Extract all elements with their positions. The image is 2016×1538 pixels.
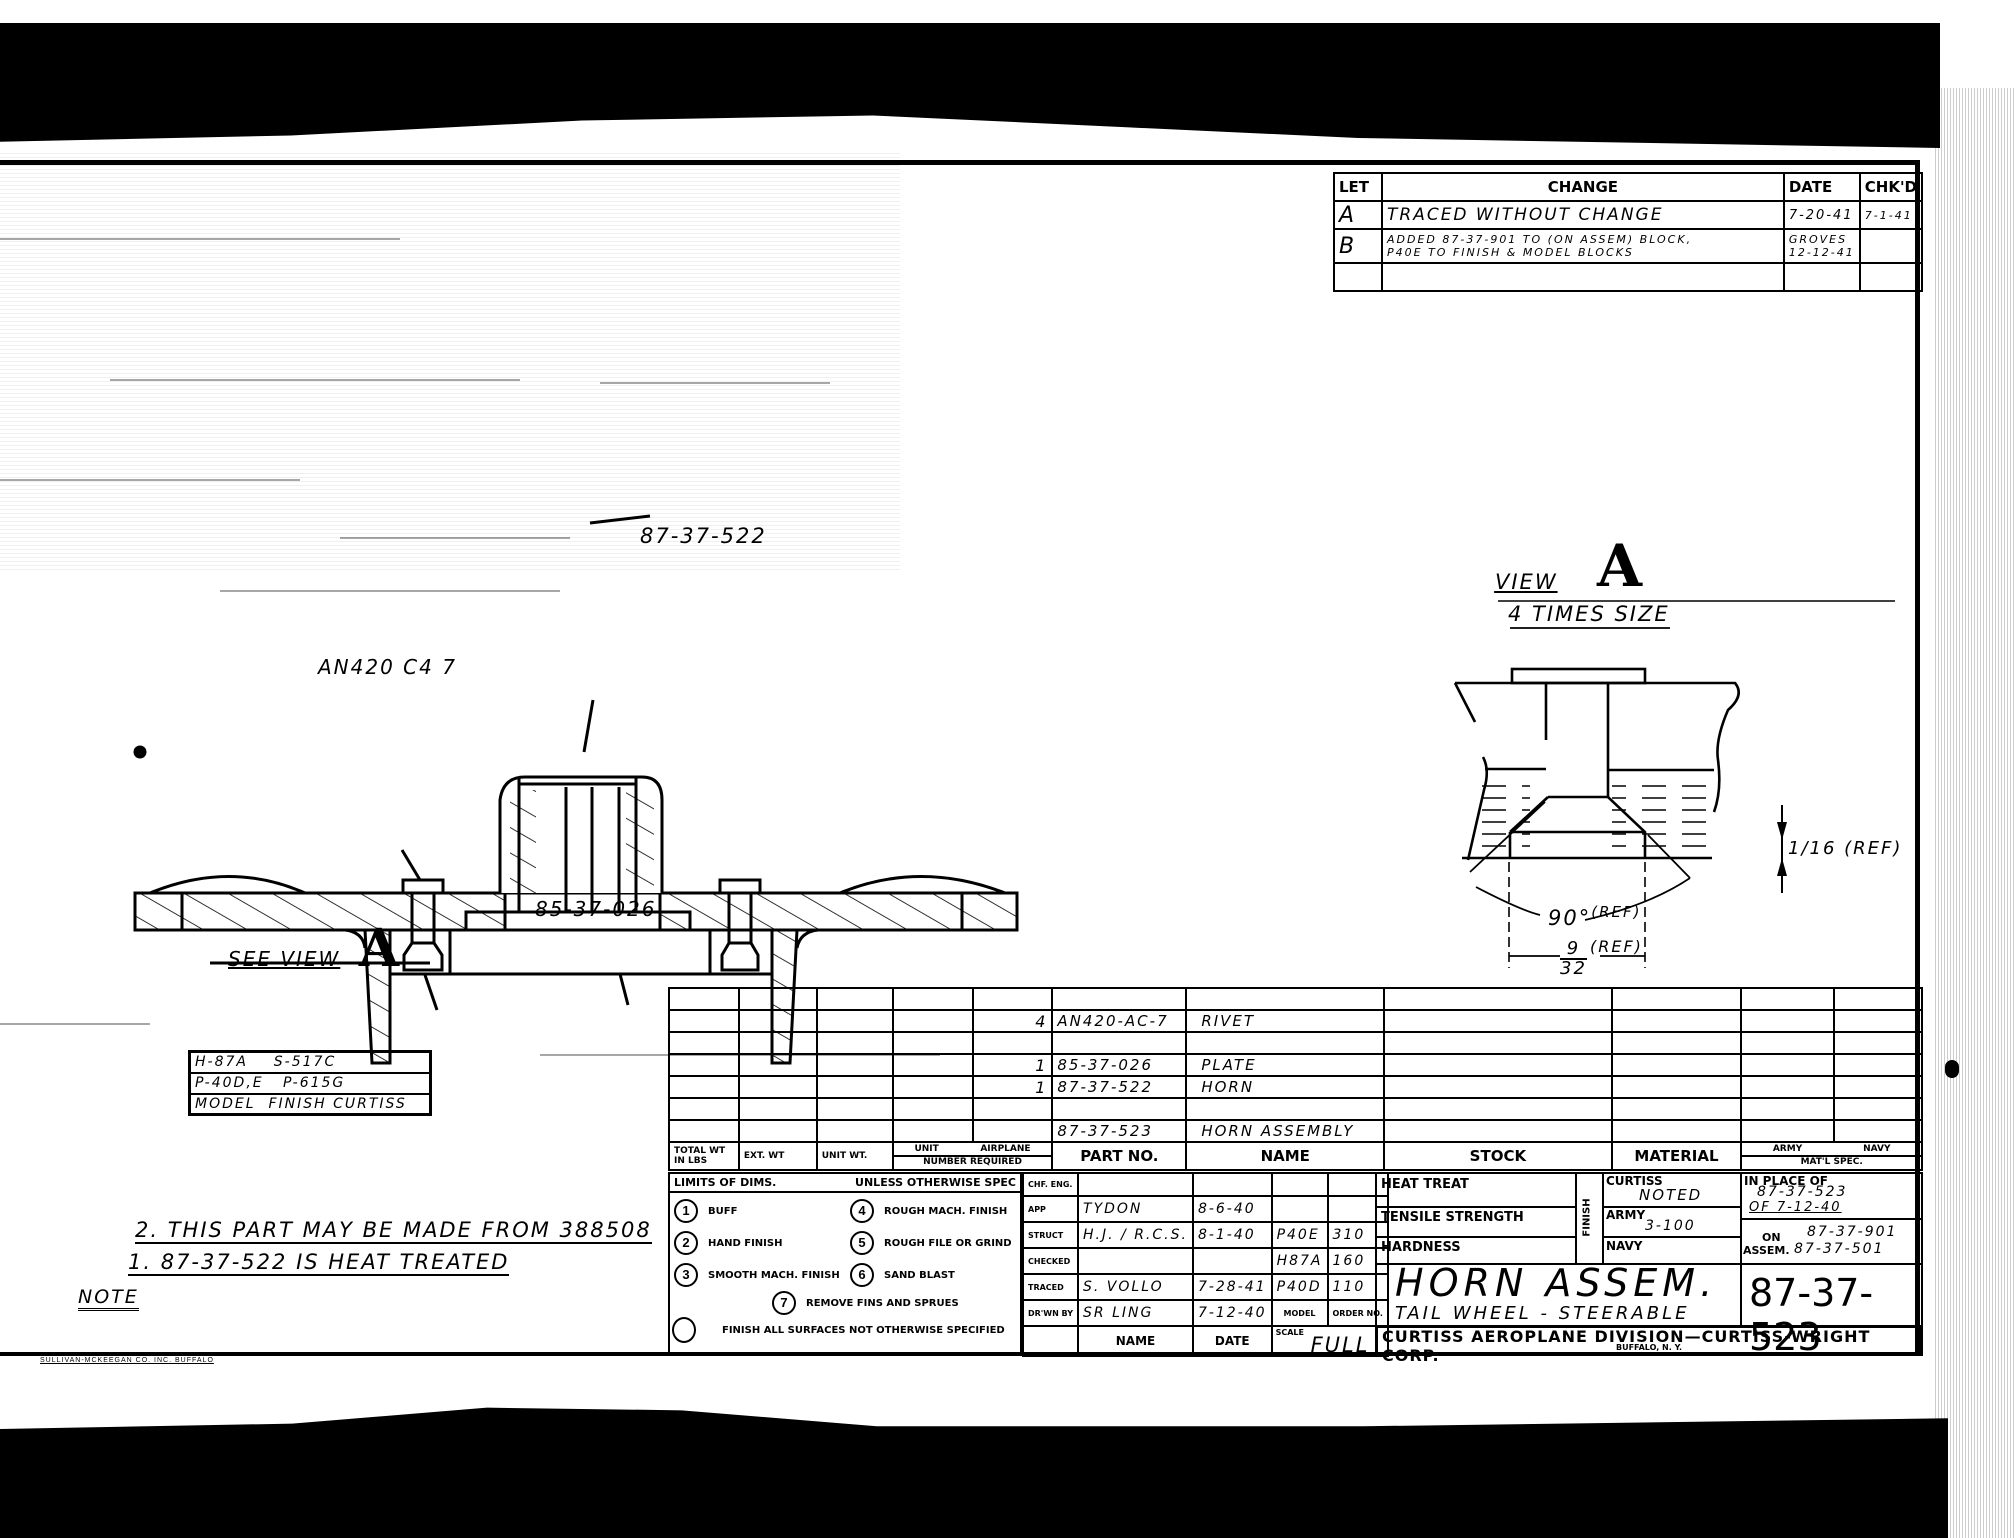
parts-cell [1834,1010,1922,1032]
parts-cell [1384,1054,1611,1076]
parts-qty: 1 [973,1076,1053,1098]
signature-row: CHECKEDH87A160 [1023,1248,1388,1274]
parts-cell [893,1120,973,1142]
parts-cell [1384,1076,1611,1098]
rev-empty [1784,263,1860,291]
model-header-model: MODEL [195,1096,256,1112]
see-view-a-label: SEE VIEW A [228,918,399,979]
hdr-number-required-text: NUMBER REQUIRED [894,1155,1052,1168]
parts-part-no: 87-37-522 [1052,1076,1186,1098]
signature-row: DR'WN BYSR LING7-12-40MODELORDER NO. [1023,1300,1388,1326]
in-place-of-date: OF 7-12-40 [1749,1200,1842,1215]
signature-date [1193,1173,1272,1196]
parts-row [669,1032,1922,1054]
parts-part-no: AN420-AC-7 [1052,1010,1186,1032]
signature-model: H87A [1272,1248,1328,1274]
see-view-text: SEE VIEW [228,947,340,971]
parts-name: PLATE [1186,1054,1384,1076]
note-2: 2. THIS PART MAY BE MADE FROM 388508 [135,1218,652,1244]
curtiss-value: NOTED [1639,1186,1702,1204]
height-value: 1/16 [1788,838,1836,859]
model-cell: P-40D,E P-615G [190,1073,431,1094]
finish-code-circle-icon: 6 [850,1263,874,1287]
hdr-matl-spec-text: MAT'L SPEC. [1742,1155,1921,1168]
finish-all-text: FINISH ALL SURFACES NOT OTHERWISE SPECIF… [722,1325,1005,1336]
parts-name [1186,988,1384,1010]
hdr-stock: STOCK [1384,1142,1611,1170]
parts-cell [1384,1010,1611,1032]
note-1: 1. 87-37-522 IS HEAT TREATED [128,1250,509,1276]
finish-code-text: ROUGH MACH. FINISH [884,1206,1007,1217]
width-num: 9 [1560,940,1587,960]
parts-cell [1612,1054,1742,1076]
parts-cell [893,1032,973,1054]
scan-lines [0,239,940,1055]
model-finish-box: H-87A S-517C P-40D,E P-615G MODEL FINISH… [188,1050,432,1116]
hdr-number-required: UNITAIRPLANE NUMBER REQUIRED [893,1142,1053,1170]
finish-code-item: 4ROUGH MACH. FINISH [850,1199,1007,1223]
parts-cell [739,988,817,1010]
signature-model: MODEL [1272,1300,1328,1326]
hdr-ext-wt: EXT. WT [739,1142,817,1170]
hardness-label: HARDNESS [1381,1240,1461,1255]
parts-cell [893,1054,973,1076]
signature-name: TYDON [1078,1196,1193,1222]
limits-row: LIMITS OF DIMS. UNLESS OTHERWISE SPEC [670,1174,1020,1193]
on-assem-label-1: ON [1762,1231,1781,1244]
hdr-unit: UNIT [914,1144,938,1155]
see-view-letter: A [359,918,399,979]
parts-cell [1384,1032,1611,1054]
model-cell: H-87A S-517C [190,1052,431,1073]
rev-change-line2: P40E TO FINISH & MODEL BLOCKS [1387,246,1779,259]
parts-list: 4AN420-AC-7RIVET185-37-026PLATE187-37-52… [668,987,1923,1171]
scan-blot [1945,1060,1959,1078]
in-place-of-part: 87-37-523 [1757,1184,1847,1200]
model-row: P-40D,E P-615G [190,1073,431,1094]
rev-chkd [1860,229,1922,263]
rev-header-let: LET [1334,173,1382,201]
view-a-letter: A [1597,532,1642,600]
scale-value: FULL [1311,1333,1370,1356]
parts-cell [893,1010,973,1032]
sig-footer-blank [1023,1326,1078,1356]
parts-name: HORN [1186,1076,1384,1098]
revision-block: LET CHANGE DATE CHK'D A TRACED WITHOUT C… [1333,172,1923,292]
finish-blank-circle-icon [672,1317,696,1343]
army-label: ARMY [1606,1208,1645,1222]
parts-row: 185-37-026PLATE [669,1054,1922,1076]
parts-cell [817,1076,893,1098]
parts-cell [1834,1120,1922,1142]
revision-row: A TRACED WITHOUT CHANGE 7-20-41 7-1-41 [1334,201,1922,229]
on-assem-1: 87-37-901 [1807,1224,1897,1240]
model-name: P-40D,E [195,1075,264,1091]
parts-cell [1741,1032,1834,1054]
parts-cell [1834,1054,1922,1076]
parts-part-no [1052,988,1186,1010]
parts-qty [973,1098,1053,1120]
callout-rivet-part: AN420 C4 7 [318,655,457,679]
rev-date-line1: GROVES [1789,233,1855,246]
parts-cell [817,1032,893,1054]
parts-qty: 1 [973,1054,1053,1076]
parts-cell [1384,1098,1611,1120]
parts-cell [1741,1054,1834,1076]
notes-title: NOTE [78,1286,139,1311]
printer-imprint: SULLIVAN-MCKEEGAN CO. INC. BUFFALO [40,1357,214,1364]
model-finish: S-517C [274,1054,336,1070]
parts-part-no: 87-37-523 [1052,1120,1186,1142]
navy-label: NAVY [1606,1239,1643,1253]
parts-cell [739,1076,817,1098]
parts-cell [669,1098,739,1120]
parts-cell [669,1054,739,1076]
hdr-airplane: AIRPLANE [980,1144,1030,1155]
finish-code-text: REMOVE FINS AND SPRUES [806,1298,959,1309]
finish-code-circle-icon: 1 [674,1199,698,1223]
view-a-scale-note: 4 TIMES SIZE [1508,602,1670,626]
scale-cell: SCALE FULL [1272,1326,1388,1356]
parts-cell [1741,1098,1834,1120]
hdr-name: NAME [1186,1142,1384,1170]
signature-date: 7-28-41 [1193,1274,1272,1300]
rev-change: ADDED 87-37-901 TO (ON ASSEM) BLOCK, P40… [1382,229,1784,263]
on-assem-label-2: ASSEM. [1743,1244,1790,1257]
parts-cell [1384,1120,1611,1142]
rev-let: B [1334,229,1382,263]
signature-date: 7-12-40 [1193,1300,1272,1326]
heat-treat-label: HEAT TREAT [1381,1177,1469,1192]
angle-ref: (REF) [1591,903,1641,921]
parts-cell [739,1010,817,1032]
hdr-part-no: PART NO. [1052,1142,1186,1170]
parts-cell [1612,1098,1742,1120]
parts-name: HORN ASSEMBLY [1186,1120,1384,1142]
parts-cell [669,1076,739,1098]
parts-row [669,988,1922,1010]
signature-row: CHF. ENG. [1023,1173,1388,1196]
on-assem-2: 87-37-501 [1794,1241,1884,1257]
signature-name [1078,1173,1193,1196]
hdr-matl-spec: ARMYNAVY MAT'L SPEC. [1741,1142,1922,1170]
parts-cell [739,1120,817,1142]
rev-empty [1382,263,1784,291]
tensile-label: TENSILE STRENGTH [1381,1210,1524,1225]
scale-label: SCALE [1276,1328,1304,1337]
rev-header-date: DATE [1784,173,1860,201]
width-dimension: 9 32 [1560,940,1587,978]
signature-role: CHF. ENG. [1023,1173,1078,1196]
parts-qty: 4 [973,1010,1053,1032]
finish-code-circle-icon: 5 [850,1231,874,1255]
height-ref: (REF) [1844,838,1902,859]
drawing-title: HORN ASSEM. [1395,1261,1717,1305]
signature-model: P40E [1272,1222,1328,1248]
finish-codes-block: LIMITS OF DIMS. UNLESS OTHERWISE SPEC 1B… [668,1172,1022,1355]
finish-code-item: 1BUFF [674,1199,737,1223]
rev-chkd: 7-1-41 [1860,201,1922,229]
parts-name: RIVET [1186,1010,1384,1032]
parts-cell [1612,988,1742,1010]
rev-empty [1860,263,1922,291]
signature-name: S. VOLLO [1078,1274,1193,1300]
signature-grid: CHF. ENG.APPTYDON8-6-40STRUCTH.J. / R.C.… [1022,1172,1389,1357]
signature-name: SR LING [1078,1300,1193,1326]
model-header-curtiss: CURTISS [333,1096,407,1112]
spec-block: HEAT TREAT TENSILE STRENGTH HARDNESS FIN… [1375,1172,1923,1265]
rev-date-line2: 12-12-41 [1789,246,1855,259]
parts-cell [1834,988,1922,1010]
hdr-unit-wt: UNIT WT. [817,1142,893,1170]
model-name: H-87A [195,1054,248,1070]
parts-row: 4AN420-AC-7RIVET [669,1010,1922,1032]
model-finish: P-615G [283,1075,345,1091]
sig-footer-date: DATE [1193,1326,1272,1356]
model-header: MODEL FINISH CURTISS [190,1094,431,1115]
company-location: BUFFALO, N. Y. [1616,1343,1682,1352]
hdr-navy: NAVY [1863,1144,1890,1155]
callout-horn-part: 87-37-522 [640,524,767,548]
height-dimension: 1/16 (REF) [1788,838,1902,859]
rev-date: GROVES 12-12-41 [1784,229,1860,263]
parts-name [1186,1032,1384,1054]
angle-dimension: 90°(REF) [1548,903,1641,930]
signature-date: 8-1-40 [1193,1222,1272,1248]
parts-cell [817,1054,893,1076]
rev-date: 7-20-41 [1784,201,1860,229]
limits-label: LIMITS OF DIMS. [674,1176,776,1189]
parts-header-row: TOTAL WT IN LBS EXT. WT UNIT WT. UNITAIR… [669,1142,1922,1170]
signature-row: STRUCTH.J. / R.C.S.8-1-40P40E310 [1023,1222,1388,1248]
parts-part-no [1052,1098,1186,1120]
parts-cell [817,1010,893,1032]
parts-cell [817,1120,893,1142]
finish-code-item: 5ROUGH FILE OR GRIND [850,1231,1012,1255]
signature-name: H.J. / R.C.S. [1078,1222,1193,1248]
parts-part-no: 85-37-026 [1052,1054,1186,1076]
parts-cell [1834,1032,1922,1054]
signature-date [1193,1248,1272,1274]
width-den: 32 [1560,960,1587,978]
finish-all-row: FINISH ALL SURFACES NOT OTHERWISE SPECIF… [672,1317,1005,1343]
parts-row [669,1098,1922,1120]
parts-cell [669,1120,739,1142]
parts-cell [739,1032,817,1054]
finish-code-item: 3SMOOTH MACH. FINISH [674,1263,840,1287]
view-a-detail [1455,592,1895,968]
parts-cell [669,1032,739,1054]
signature-role: TRACED [1023,1274,1078,1300]
signature-role: STRUCT [1023,1222,1078,1248]
angle-value: 90° [1548,906,1591,930]
parts-cell [1741,988,1834,1010]
signature-role: CHECKED [1023,1248,1078,1274]
parts-cell [893,1076,973,1098]
signature-model: P40D [1272,1274,1328,1300]
revision-row: B ADDED 87-37-901 TO (ON ASSEM) BLOCK, P… [1334,229,1922,263]
signature-model [1272,1196,1328,1222]
sig-footer-name: NAME [1078,1326,1193,1356]
section-view [135,516,1017,1063]
parts-cell [669,1010,739,1032]
parts-cell [739,1054,817,1076]
finish-code-text: ROUGH FILE OR GRIND [884,1238,1012,1249]
rev-let: A [1334,201,1382,229]
finish-code-circle-icon: 2 [674,1231,698,1255]
view-a-title: VIEW [1495,570,1558,594]
finish-code-circle-icon: 7 [772,1291,796,1315]
parts-cell [1741,1010,1834,1032]
parts-cell [1612,1120,1742,1142]
parts-cell [669,988,739,1010]
rev-header-change: CHANGE [1382,173,1784,201]
signature-role: APP [1023,1196,1078,1222]
army-value: 3-100 [1645,1218,1696,1234]
model-header-finish: FINISH [268,1096,326,1112]
rev-empty [1334,263,1382,291]
parts-cell [893,988,973,1010]
width-ref: (REF) [1590,937,1643,956]
hdr-total-wt: TOTAL WT IN LBS [669,1142,739,1170]
rev-change-line1: ADDED 87-37-901 TO (ON ASSEM) BLOCK, [1387,233,1779,246]
finish-code-item: 7REMOVE FINS AND SPRUES [772,1291,959,1315]
parts-cell [1834,1098,1922,1120]
signature-role: DR'WN BY [1023,1300,1078,1326]
signature-name [1078,1248,1193,1274]
finish-code-text: SAND BLAST [884,1270,955,1281]
parts-qty [973,988,1053,1010]
finish-code-text: HAND FINISH [708,1238,782,1249]
parts-cell [817,988,893,1010]
parts-cell [817,1098,893,1120]
finish-code-text: SMOOTH MACH. FINISH [708,1270,840,1281]
parts-row: 87-37-523HORN ASSEMBLY [669,1120,1922,1142]
parts-cell [739,1098,817,1120]
parts-cell [1612,1076,1742,1098]
signature-model [1272,1173,1328,1196]
finish-code-circle-icon: 4 [850,1199,874,1223]
parts-qty [973,1032,1053,1054]
parts-cell [893,1098,973,1120]
parts-cell [1384,988,1611,1010]
signature-row: APPTYDON8-6-40 [1023,1196,1388,1222]
parts-cell [1741,1120,1834,1142]
rev-header-chkd: CHK'D [1860,173,1922,201]
callout-plate-part: 85-37-026 [535,897,657,921]
parts-part-no [1052,1032,1186,1054]
parts-name [1186,1098,1384,1120]
model-row: H-87A S-517C [190,1052,431,1073]
parts-cell [1741,1076,1834,1098]
parts-cell [1612,1032,1742,1054]
finish-code-item: 2HAND FINISH [674,1231,782,1255]
finish-code-item: 6SAND BLAST [850,1263,955,1287]
finish-code-text: BUFF [708,1206,737,1217]
hdr-material: MATERIAL [1612,1142,1742,1170]
hdr-army: ARMY [1773,1144,1802,1155]
parts-cell [1612,1010,1742,1032]
signature-row: TRACEDS. VOLLO7-28-41P40D110 [1023,1274,1388,1300]
parts-qty [973,1120,1053,1142]
signature-date: 8-6-40 [1193,1196,1272,1222]
parts-cell [1834,1076,1922,1098]
title-box: HORN ASSEM. TAIL WHEEL - STEERABLE 87-37… [1375,1263,1923,1327]
rev-change: TRACED WITHOUT CHANGE [1382,201,1784,229]
unless-label: UNLESS OTHERWISE SPEC [855,1176,1016,1189]
parts-row: 187-37-522HORN [669,1076,1922,1098]
drawing-subtitle: TAIL WHEEL - STEERABLE [1395,1303,1690,1324]
finish-label: FINISH [1582,1198,1593,1236]
company-box: CURTISS AEROPLANE DIVISION—CURTISS-WRIGH… [1375,1325,1923,1356]
finish-code-circle-icon: 3 [674,1263,698,1287]
